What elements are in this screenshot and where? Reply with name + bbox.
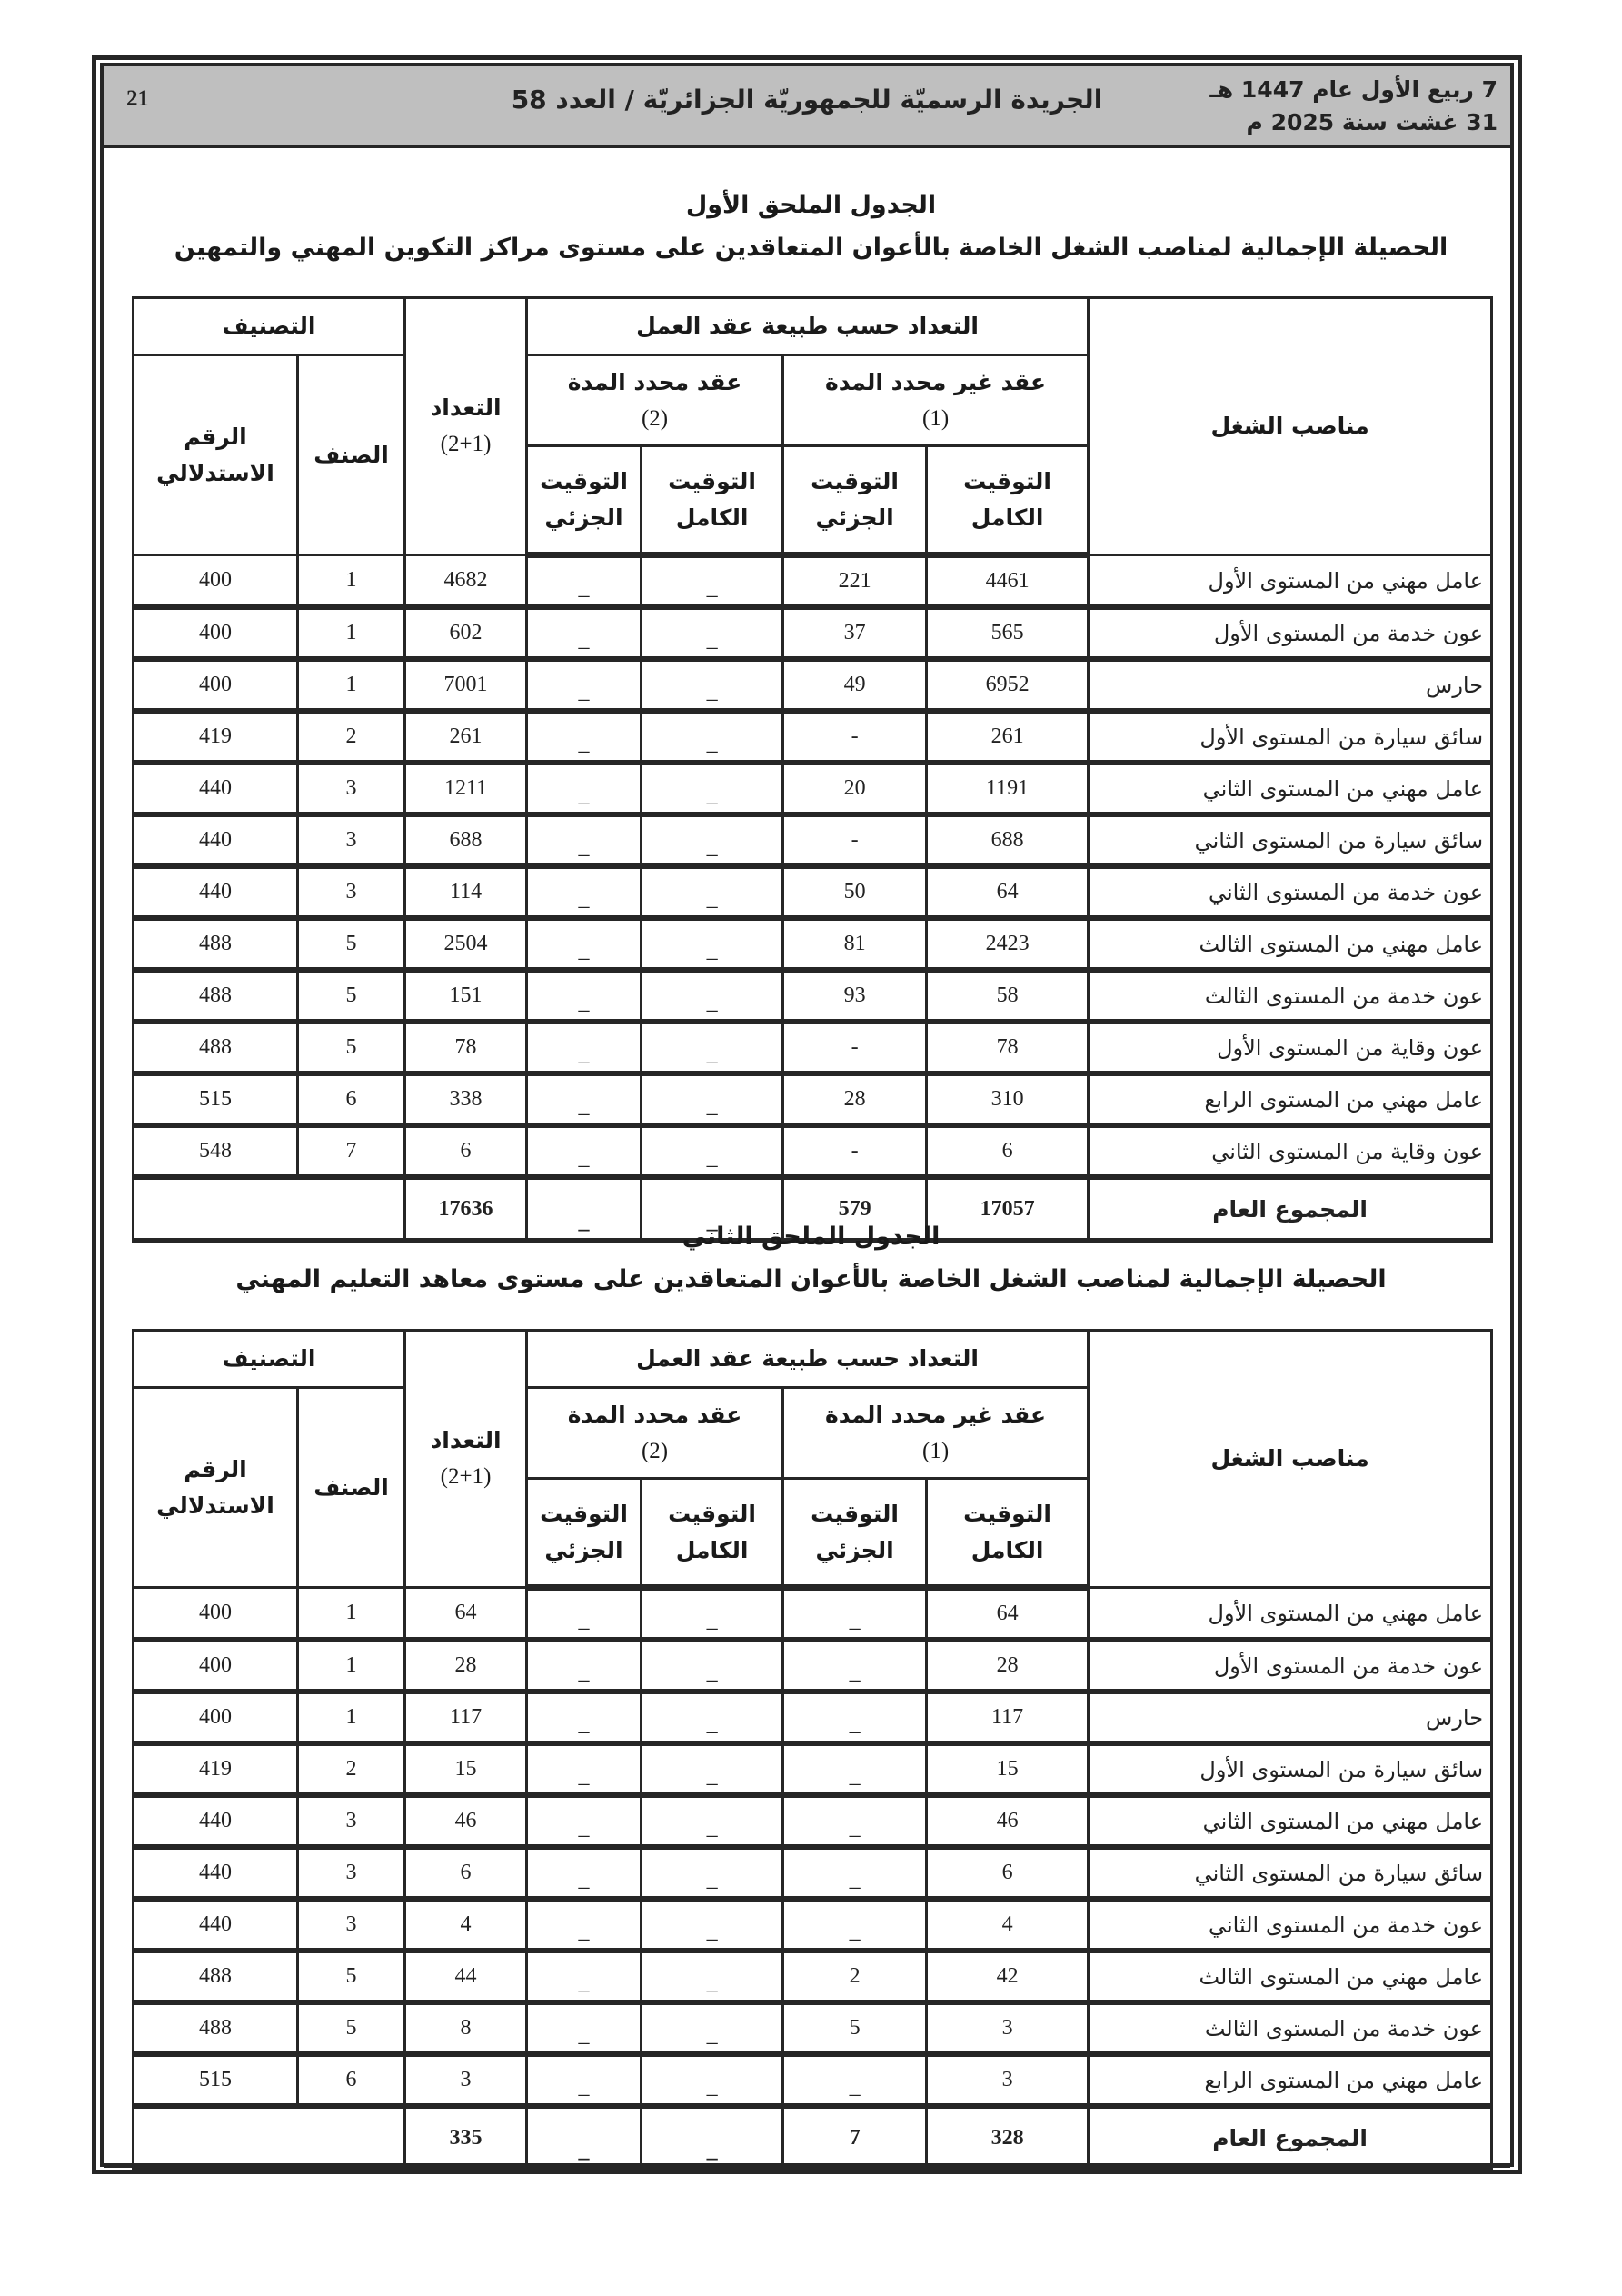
col-total: التعداد (2+1): [405, 1331, 527, 1588]
category-cell: 7: [298, 1125, 405, 1177]
total-fixed-part: _: [527, 2106, 642, 2170]
indef-part-cell: -: [783, 711, 927, 763]
fixed-full-cell: _: [642, 1847, 783, 1899]
col-total-formula: (2+1): [406, 426, 525, 463]
col-total-label: التعداد: [406, 1423, 525, 1459]
indef-part-cell: 2: [783, 1951, 927, 2002]
position-cell: سائق سيارة من المستوى الأول: [1089, 711, 1492, 763]
grand-total: 335: [405, 2106, 527, 2170]
col-total: التعداد (2+1): [405, 298, 527, 555]
indef-full-cell: 4461: [927, 555, 1089, 608]
indef-full-cell: 261: [927, 711, 1089, 763]
col-by-contract: التعداد حسب طبيعة عقد العمل: [527, 1331, 1089, 1388]
fixed-part-cell: _: [527, 1743, 642, 1795]
fixed-part-cell: _: [527, 1847, 642, 1899]
table-row: عون وقاية من المستوى الأول78-__785488: [134, 1022, 1492, 1073]
col-positions: مناصب الشغل: [1089, 298, 1492, 555]
table-row: عامل مهني من المستوى الأول64___641400: [134, 1588, 1492, 1641]
indef-part-cell: _: [783, 1640, 927, 1692]
col-category: الصنف: [298, 355, 405, 555]
indef-part-cell: 5: [783, 2002, 927, 2054]
col-indef-full: التوقيت الكامل: [927, 1479, 1089, 1588]
table-row: عون خدمة من المستوى الثاني4___43440: [134, 1899, 1492, 1951]
total-cell: 602: [405, 607, 527, 659]
fixed-full-cell: _: [642, 814, 783, 866]
index-cell: 488: [134, 918, 298, 970]
table-row: سائق سيارة من المستوى الأول261-__2612419: [134, 711, 1492, 763]
indef-part-cell: 81: [783, 918, 927, 970]
fixed-part-cell: _: [527, 659, 642, 711]
indef-part-cell: 37: [783, 607, 927, 659]
indef-part-cell: -: [783, 1125, 927, 1177]
category-cell: 1: [298, 1588, 405, 1641]
indef-full-cell: 1191: [927, 763, 1089, 814]
col-by-contract: التعداد حسب طبيعة عقد العمل: [527, 298, 1089, 355]
total-cell: 7001: [405, 659, 527, 711]
fixed-full-cell: _: [642, 1125, 783, 1177]
total-cell: 688: [405, 814, 527, 866]
fixed-part-cell: _: [527, 866, 642, 918]
category-cell: 1: [298, 607, 405, 659]
fixed-part-cell: _: [527, 1795, 642, 1847]
indef-full-cell: 78: [927, 1022, 1089, 1073]
bottom-rule: [104, 2163, 1510, 2168]
total-indef-full: 328: [927, 2106, 1089, 2170]
category-cell: 3: [298, 1795, 405, 1847]
fixed-full-cell: _: [642, 1640, 783, 1692]
table2-caption: الجدول الملحق الثاني الحصيلة الإجمالية ل…: [132, 1223, 1490, 1293]
indef-full-cell: 2423: [927, 918, 1089, 970]
total-cell: 338: [405, 1073, 527, 1125]
col-positions: مناصب الشغل: [1089, 1331, 1492, 1588]
position-cell: عون وقاية من المستوى الأول: [1089, 1022, 1492, 1073]
index-cell: 400: [134, 1640, 298, 1692]
total-cell: 64: [405, 1588, 527, 1641]
index-cell: 400: [134, 1692, 298, 1743]
indef-full-cell: 64: [927, 866, 1089, 918]
indef-part-cell: -: [783, 814, 927, 866]
table2-title: الجدول الملحق الثاني: [132, 1223, 1490, 1251]
index-cell: 440: [134, 1899, 298, 1951]
table2-subtitle: الحصيلة الإجمالية لمناصب الشغل الخاصة با…: [132, 1265, 1490, 1293]
indef-full-cell: 310: [927, 1073, 1089, 1125]
fixed-part-cell: _: [527, 2002, 642, 2054]
table1: مناصب الشغل التعداد حسب طبيعة عقد العمل …: [132, 296, 1493, 1243]
indef-part-cell: 221: [783, 555, 927, 608]
index-cell: 440: [134, 1847, 298, 1899]
table-row: حارس117___1171400: [134, 1692, 1492, 1743]
date-hijri: 7 ربيع الأول عام 1447 هـ: [1209, 74, 1498, 106]
col-indefinite-term-num: (1): [784, 1433, 1087, 1470]
index-cell: 400: [134, 1588, 298, 1641]
indef-full-cell: 42: [927, 1951, 1089, 2002]
category-cell: 1: [298, 1640, 405, 1692]
fixed-full-cell: _: [642, 763, 783, 814]
table1-title: الجدول الملحق الأول: [132, 191, 1490, 219]
fixed-part-cell: _: [527, 970, 642, 1022]
col-indefinite-term-label: عقد غير محدد المدة: [784, 1397, 1087, 1433]
col-fixed-term-label: عقد محدد المدة: [528, 1397, 781, 1433]
table-row: عون خدمة من المستوى الأول28___281400: [134, 1640, 1492, 1692]
position-cell: سائق سيارة من المستوى الثاني: [1089, 814, 1492, 866]
total-cell: 4682: [405, 555, 527, 608]
table-row: عامل مهني من المستوى الثاني119120__12113…: [134, 763, 1492, 814]
fixed-full-cell: _: [642, 659, 783, 711]
table1-caption: الجدول الملحق الأول الحصيلة الإجمالية لم…: [132, 191, 1490, 262]
indef-full-cell: 565: [927, 607, 1089, 659]
index-cell: 440: [134, 866, 298, 918]
col-fixed-part: التوقيت الجزئي: [527, 1479, 642, 1588]
fixed-part-cell: _: [527, 1073, 642, 1125]
col-indef-full: التوقيت الكامل: [927, 446, 1089, 555]
total-row: المجموع العام3287__335: [134, 2106, 1492, 2170]
indef-full-cell: 688: [927, 814, 1089, 866]
category-cell: 6: [298, 2054, 405, 2106]
col-fixed-term-num: (2): [528, 401, 781, 437]
total-cell: 2504: [405, 918, 527, 970]
fixed-full-cell: _: [642, 2002, 783, 2054]
fixed-part-cell: _: [527, 607, 642, 659]
category-cell: 1: [298, 1692, 405, 1743]
category-cell: 1: [298, 555, 405, 608]
position-cell: عامل مهني من المستوى الرابع: [1089, 1073, 1492, 1125]
index-cell: 400: [134, 555, 298, 608]
gazette-header: 21 الجريدة الرسميّة للجمهوريّة الجزائريّ…: [104, 66, 1510, 148]
category-cell: 5: [298, 970, 405, 1022]
index-cell: 400: [134, 607, 298, 659]
index-cell: 488: [134, 1022, 298, 1073]
fixed-full-cell: _: [642, 607, 783, 659]
fixed-full-cell: _: [642, 1899, 783, 1951]
indef-part-cell: -: [783, 1022, 927, 1073]
table-row: عون خدمة من المستوى الثالث35__85488: [134, 2002, 1492, 2054]
indef-full-cell: 3: [927, 2054, 1089, 2106]
indef-part-cell: 93: [783, 970, 927, 1022]
fixed-full-cell: _: [642, 2054, 783, 2106]
total-cell: 6: [405, 1125, 527, 1177]
indef-full-cell: 46: [927, 1795, 1089, 1847]
table-row: سائق سيارة من المستوى الثاني688-__688344…: [134, 814, 1492, 866]
category-cell: 1: [298, 659, 405, 711]
table-row: عامل مهني من المستوى الثالث422__445488: [134, 1951, 1492, 2002]
total-cell: 3: [405, 2054, 527, 2106]
index-cell: 419: [134, 711, 298, 763]
table-row: عون وقاية من المستوى الثاني6-__67548: [134, 1125, 1492, 1177]
total-cell: 46: [405, 1795, 527, 1847]
total-cell: 1211: [405, 763, 527, 814]
fixed-part-cell: _: [527, 555, 642, 608]
total-cell: 28: [405, 1640, 527, 1692]
position-cell: عامل مهني من المستوى الثاني: [1089, 763, 1492, 814]
fixed-part-cell: _: [527, 1951, 642, 2002]
index-cell: 440: [134, 1795, 298, 1847]
table-row: عون خدمة من المستوى الثالث5893__1515488: [134, 970, 1492, 1022]
fixed-full-cell: _: [642, 918, 783, 970]
col-fixed-term-label: عقد محدد المدة: [528, 364, 781, 401]
indef-full-cell: 58: [927, 970, 1089, 1022]
position-cell: عون وقاية من المستوى الثاني: [1089, 1125, 1492, 1177]
fixed-part-cell: _: [527, 1899, 642, 1951]
indef-part-cell: 50: [783, 866, 927, 918]
fixed-full-cell: _: [642, 1795, 783, 1847]
col-fixed-term-num: (2): [528, 1433, 781, 1470]
total-cell: 151: [405, 970, 527, 1022]
col-total-label: التعداد: [406, 390, 525, 426]
position-cell: عون خدمة من المستوى الثالث: [1089, 970, 1492, 1022]
fixed-part-cell: _: [527, 918, 642, 970]
category-cell: 5: [298, 1951, 405, 2002]
indef-part-cell: _: [783, 1795, 927, 1847]
position-cell: حارس: [1089, 659, 1492, 711]
table-row: عامل مهني من المستوى الرابع31028__338651…: [134, 1073, 1492, 1125]
table-row: سائق سيارة من المستوى الثاني6___63440: [134, 1847, 1492, 1899]
table2-body: عامل مهني من المستوى الأول64___641400عون…: [134, 1588, 1492, 2171]
total-cell: 8: [405, 2002, 527, 2054]
total-cell: 44: [405, 1951, 527, 2002]
category-cell: 3: [298, 763, 405, 814]
table-row: عامل مهني من المستوى الثالث242381__25045…: [134, 918, 1492, 970]
col-classification: التصنيف: [134, 1331, 405, 1388]
indef-full-cell: 64: [927, 1588, 1089, 1641]
table-row: عامل مهني من المستوى الرابع3___36515: [134, 2054, 1492, 2106]
category-cell: 3: [298, 1899, 405, 1951]
col-category: الصنف: [298, 1388, 405, 1588]
table-row: عون خدمة من المستوى الثاني6450__1143440: [134, 866, 1492, 918]
fixed-full-cell: _: [642, 1022, 783, 1073]
total-cell: 15: [405, 1743, 527, 1795]
fixed-full-cell: _: [642, 1692, 783, 1743]
fixed-full-cell: _: [642, 970, 783, 1022]
table1-body: عامل مهني من المستوى الأول4461221__46821…: [134, 555, 1492, 1242]
position-cell: عون خدمة من المستوى الأول: [1089, 1640, 1492, 1692]
index-cell: 515: [134, 2054, 298, 2106]
col-fixed-term: عقد محدد المدة (2): [527, 1388, 783, 1479]
fixed-full-cell: _: [642, 711, 783, 763]
category-cell: 5: [298, 2002, 405, 2054]
index-cell: 515: [134, 1073, 298, 1125]
col-indef-part: التوقيت الجزئي: [783, 446, 927, 555]
total-cell: 78: [405, 1022, 527, 1073]
indef-full-cell: 6952: [927, 659, 1089, 711]
position-cell: عامل مهني من المستوى الرابع: [1089, 2054, 1492, 2106]
position-cell: عون خدمة من المستوى الثالث: [1089, 2002, 1492, 2054]
col-fixed-term: عقد محدد المدة (2): [527, 355, 783, 446]
col-indefinite-term: عقد غير محدد المدة (1): [783, 355, 1089, 446]
indef-part-cell: 49: [783, 659, 927, 711]
total-cell: 4: [405, 1899, 527, 1951]
fixed-full-cell: _: [642, 1743, 783, 1795]
category-cell: 2: [298, 711, 405, 763]
position-cell: عامل مهني من المستوى الأول: [1089, 555, 1492, 608]
indef-part-cell: _: [783, 2054, 927, 2106]
table-row: عامل مهني من المستوى الأول4461221__46821…: [134, 555, 1492, 608]
indef-part-cell: 28: [783, 1073, 927, 1125]
col-fixed-part: التوقيت الجزئي: [527, 446, 642, 555]
fixed-full-cell: _: [642, 1588, 783, 1641]
position-cell: عامل مهني من المستوى الثالث: [1089, 1951, 1492, 2002]
indef-full-cell: 117: [927, 1692, 1089, 1743]
indef-full-cell: 15: [927, 1743, 1089, 1795]
index-cell: 488: [134, 2002, 298, 2054]
table-row: عون خدمة من المستوى الأول56537__6021400: [134, 607, 1492, 659]
col-indef-part: التوقيت الجزئي: [783, 1479, 927, 1588]
col-fixed-full: التوقيت الكامل: [642, 446, 783, 555]
col-indefinite-term-label: عقد غير محدد المدة: [784, 364, 1087, 401]
indef-part-cell: _: [783, 1743, 927, 1795]
index-cell: 488: [134, 1951, 298, 2002]
total-cell: 117: [405, 1692, 527, 1743]
category-cell: 5: [298, 1022, 405, 1073]
category-cell: 2: [298, 1743, 405, 1795]
fixed-full-cell: _: [642, 555, 783, 608]
total-cell: 114: [405, 866, 527, 918]
indef-part-cell: _: [783, 1899, 927, 1951]
fixed-part-cell: _: [527, 1125, 642, 1177]
indef-full-cell: 6: [927, 1125, 1089, 1177]
total-label-cell: المجموع العام: [1089, 2106, 1492, 2170]
indef-full-cell: 28: [927, 1640, 1089, 1692]
table-row: عامل مهني من المستوى الثاني46___463440: [134, 1795, 1492, 1847]
col-total-formula: (2+1): [406, 1459, 525, 1495]
col-classification: التصنيف: [134, 298, 405, 355]
table-row: حارس695249__70011400: [134, 659, 1492, 711]
indef-full-cell: 6: [927, 1847, 1089, 1899]
col-index: الرقم الاستدلالي: [134, 1388, 298, 1588]
indef-part-cell: 20: [783, 763, 927, 814]
total-cell: 6: [405, 1847, 527, 1899]
category-cell: 5: [298, 918, 405, 970]
position-cell: سائق سيارة من المستوى الثاني: [1089, 1847, 1492, 1899]
indef-part-cell: _: [783, 1588, 927, 1641]
position-cell: عون خدمة من المستوى الأول: [1089, 607, 1492, 659]
index-cell: 488: [134, 970, 298, 1022]
position-cell: حارس: [1089, 1692, 1492, 1743]
position-cell: عامل مهني من المستوى الثاني: [1089, 1795, 1492, 1847]
index-cell: 400: [134, 659, 298, 711]
index-cell: 440: [134, 814, 298, 866]
position-cell: سائق سيارة من المستوى الأول: [1089, 1743, 1492, 1795]
col-fixed-full: التوقيت الكامل: [642, 1479, 783, 1588]
fixed-part-cell: _: [527, 1588, 642, 1641]
category-cell: 3: [298, 866, 405, 918]
fixed-part-cell: _: [527, 763, 642, 814]
fixed-part-cell: _: [527, 1640, 642, 1692]
total-indef-part: 7: [783, 2106, 927, 2170]
index-cell: 440: [134, 763, 298, 814]
col-index: الرقم الاستدلالي: [134, 355, 298, 555]
issue-date: 7 ربيع الأول عام 1447 هـ 31 غشت سنة 2025…: [1209, 74, 1498, 139]
indef-full-cell: 3: [927, 2002, 1089, 2054]
total-fixed-full: _: [642, 2106, 783, 2170]
table1-subtitle: الحصيلة الإجمالية لمناصب الشغل الخاصة با…: [132, 234, 1490, 262]
date-gregorian: 31 غشت سنة 2025 م: [1209, 106, 1498, 139]
fixed-full-cell: _: [642, 1951, 783, 2002]
empty-classification-cell: [134, 2106, 405, 2170]
index-cell: 419: [134, 1743, 298, 1795]
indef-part-cell: _: [783, 1692, 927, 1743]
col-indefinite-term-num: (1): [784, 401, 1087, 437]
table-row: سائق سيارة من المستوى الأول15___152419: [134, 1743, 1492, 1795]
fixed-full-cell: _: [642, 1073, 783, 1125]
fixed-part-cell: _: [527, 1692, 642, 1743]
fixed-part-cell: _: [527, 1022, 642, 1073]
table2: مناصب الشغل التعداد حسب طبيعة عقد العمل …: [132, 1329, 1493, 2172]
position-cell: عون خدمة من المستوى الثاني: [1089, 1899, 1492, 1951]
category-cell: 3: [298, 1847, 405, 1899]
fixed-part-cell: _: [527, 711, 642, 763]
fixed-full-cell: _: [642, 866, 783, 918]
index-cell: 548: [134, 1125, 298, 1177]
total-cell: 261: [405, 711, 527, 763]
position-cell: عامل مهني من المستوى الأول: [1089, 1588, 1492, 1641]
position-cell: عامل مهني من المستوى الثالث: [1089, 918, 1492, 970]
category-cell: 3: [298, 814, 405, 866]
category-cell: 6: [298, 1073, 405, 1125]
fixed-part-cell: _: [527, 2054, 642, 2106]
indef-full-cell: 4: [927, 1899, 1089, 1951]
position-cell: عون خدمة من المستوى الثاني: [1089, 866, 1492, 918]
fixed-part-cell: _: [527, 814, 642, 866]
col-indefinite-term: عقد غير محدد المدة (1): [783, 1388, 1089, 1479]
indef-part-cell: _: [783, 1847, 927, 1899]
